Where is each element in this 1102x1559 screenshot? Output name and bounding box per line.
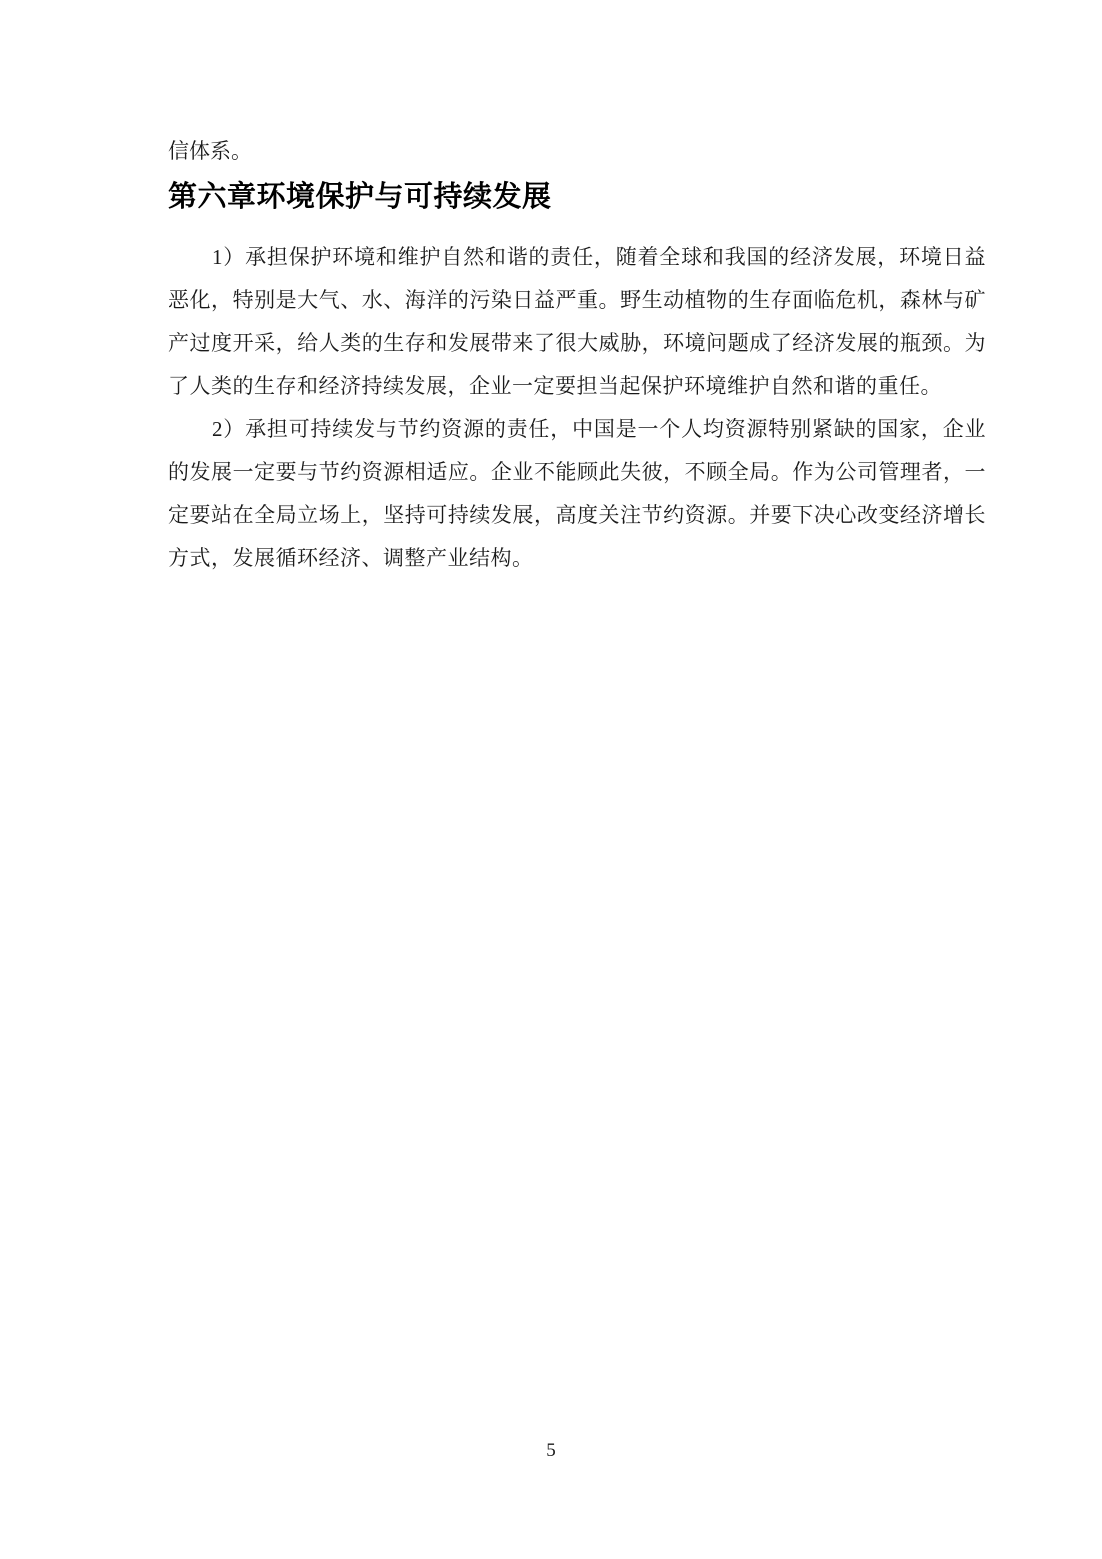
paragraph-sustainability-responsibility: 2）承担可持续发与节约资源的责任，中国是一个人均资源特别紧缺的国家，企业的发展一… [168,408,986,580]
document-page: 信体系。 第六章环境保护与可持续发展 1）承担保护环境和维护自然和谐的责任，随着… [0,0,1102,1559]
page-content: 信体系。 第六章环境保护与可持续发展 1）承担保护环境和维护自然和谐的责任，随着… [168,134,986,580]
page-number: 5 [0,1438,1102,1464]
carryover-text: 信体系。 [168,134,986,168]
paragraph-environment-responsibility: 1）承担保护环境和维护自然和谐的责任，随着全球和我国的经济发展，环境日益恶化，特… [168,236,986,408]
chapter-heading: 第六章环境保护与可持续发展 [168,176,986,218]
